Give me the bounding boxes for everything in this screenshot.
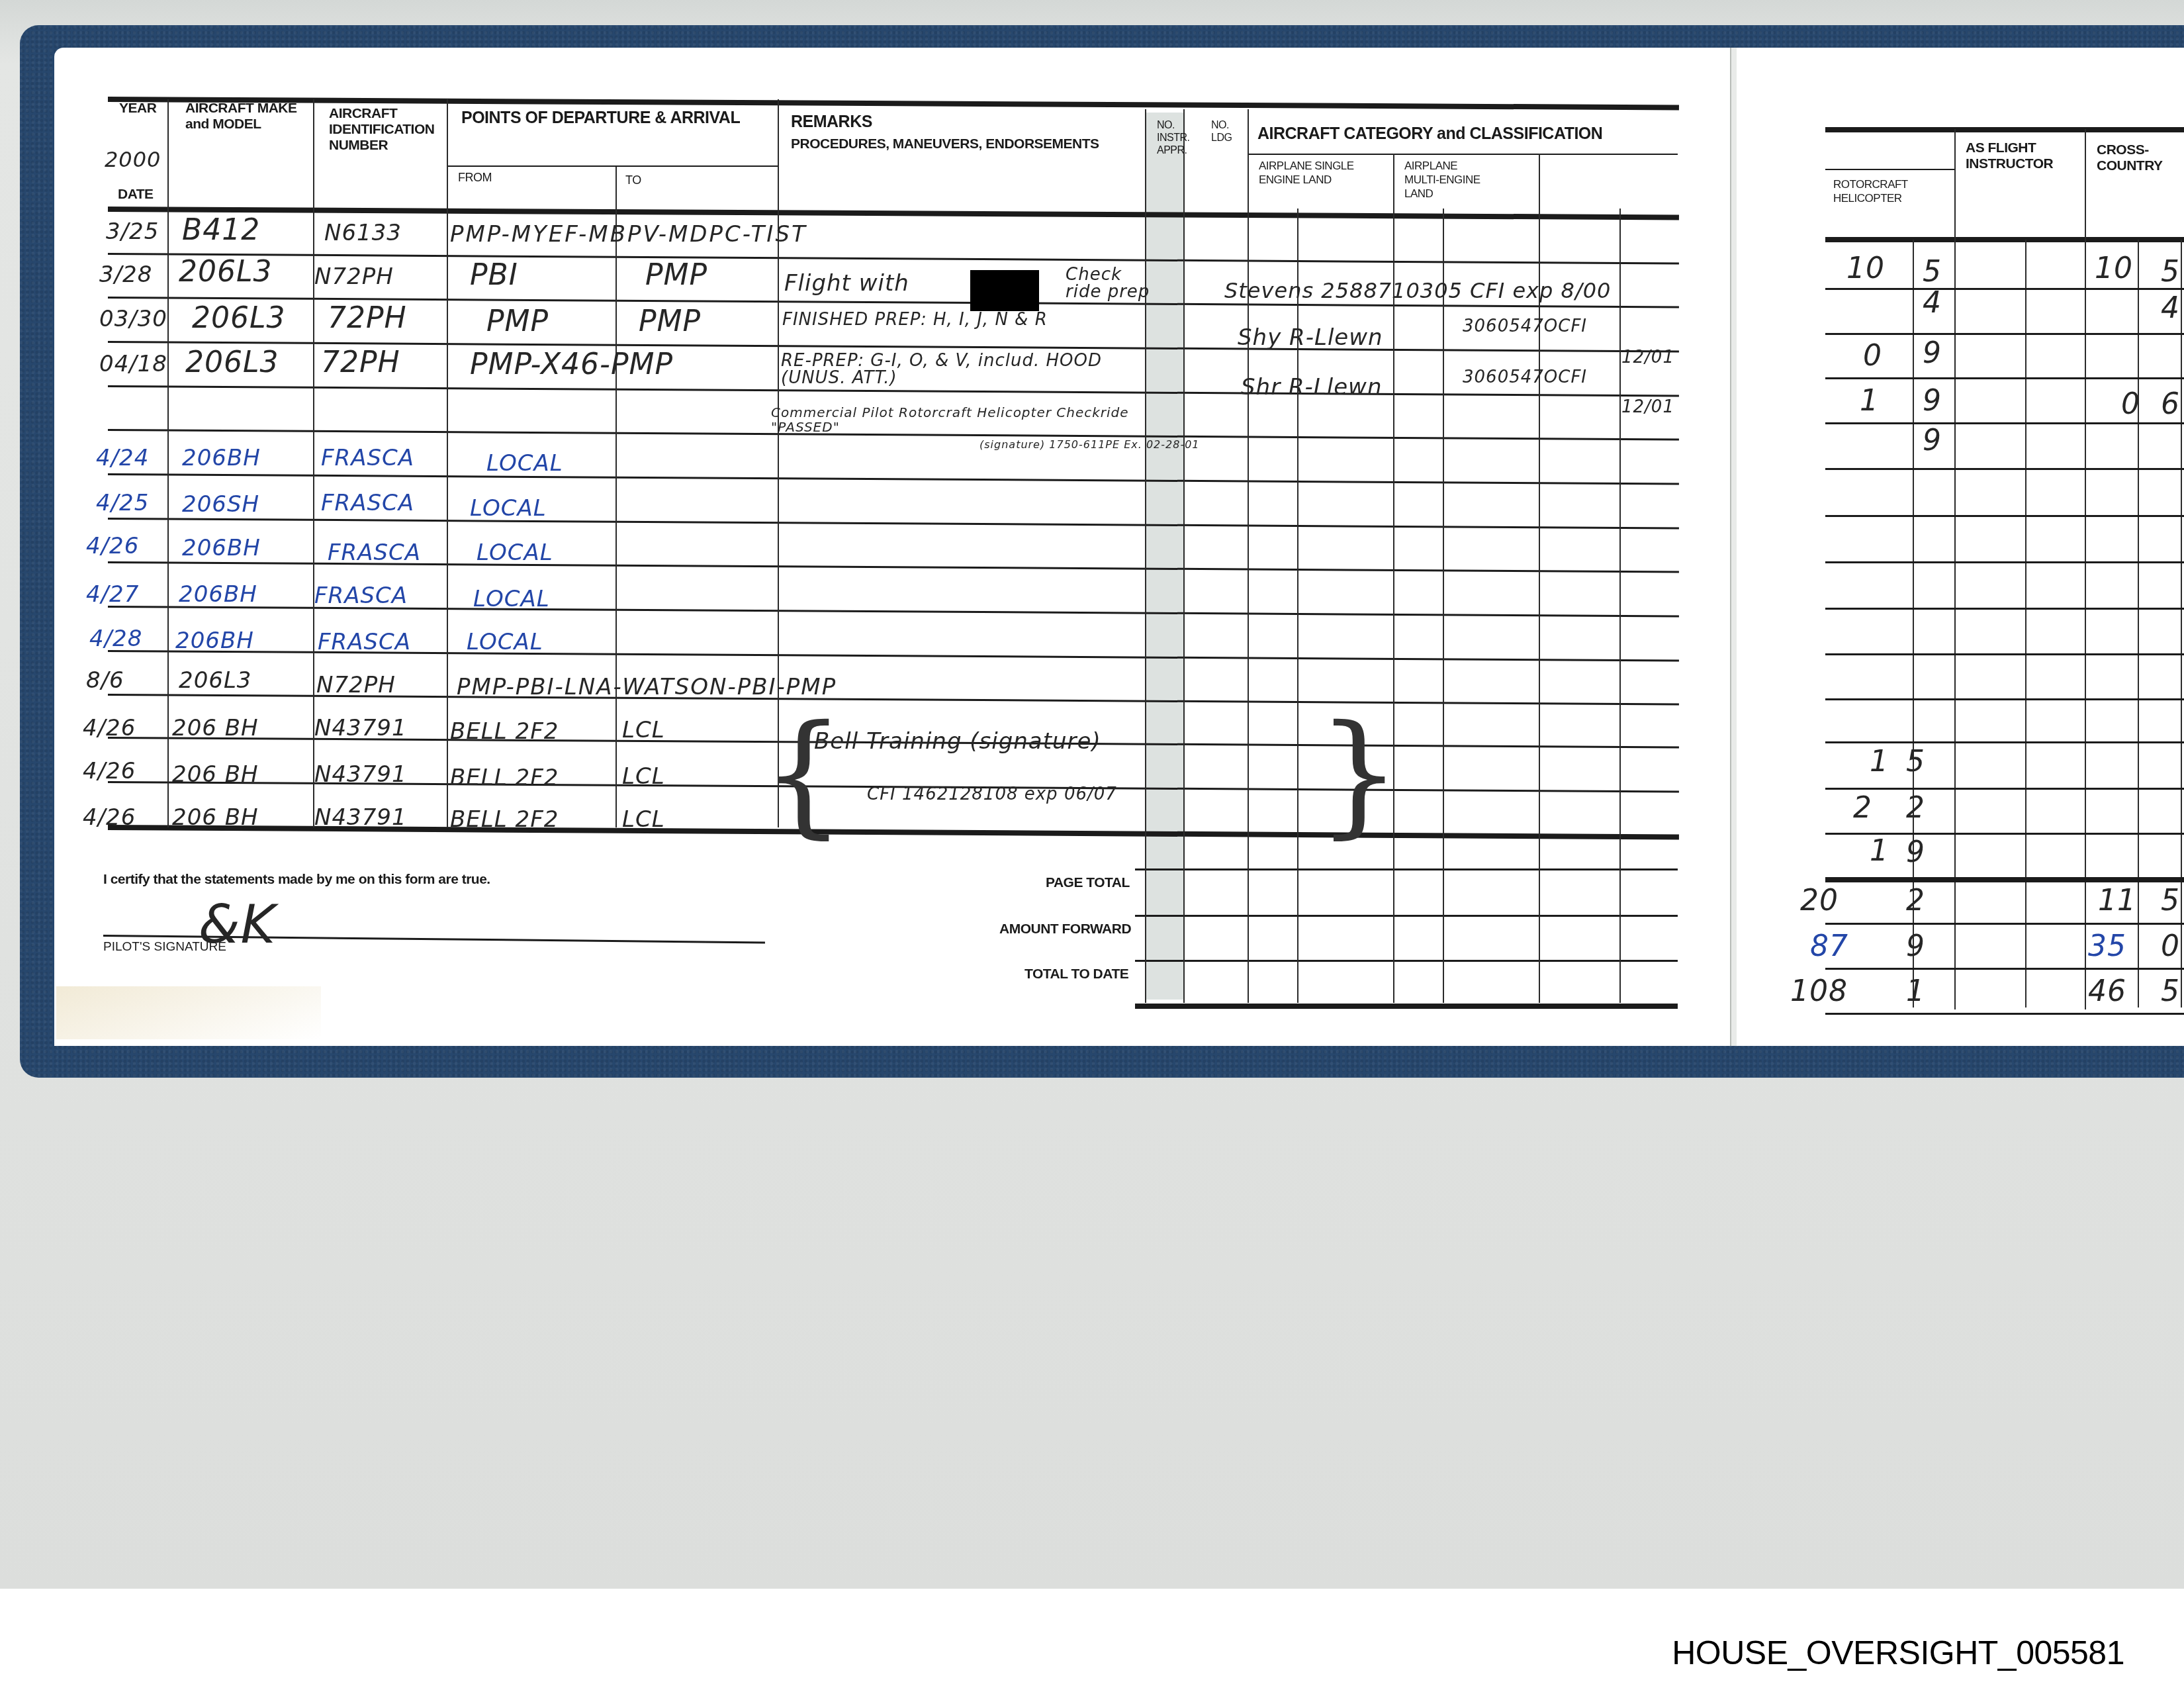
entry-to: LCL [622, 806, 665, 833]
heli-total-to-date-hrs: 108 [1790, 974, 1848, 1008]
col-rule-date [167, 99, 169, 827]
entry-model: 206SH [182, 491, 259, 518]
heli-tenths: 2 [1906, 791, 1925, 825]
bracket-right: } [1317, 708, 1401, 841]
redaction-box [970, 270, 1039, 311]
entry-ident: FRASCA [328, 539, 421, 566]
entry-ident: FRASCA [314, 583, 408, 609]
xc-page-total-hrs: 11 [2098, 884, 2136, 917]
header-remarks-sub: PROCEDURES, MANEUVERS, ENDORSEMENTS [791, 136, 1099, 152]
right-header-bottom-rule [1825, 237, 2184, 242]
totals-rule [1135, 915, 1678, 917]
header-rotorcraft: ROTORCRAFT HELICOPTER [1833, 177, 1939, 205]
checkride-passed-note: Commercial Pilot Rotorcraft Helicopter C… [771, 405, 1161, 434]
right-row-rule [1825, 653, 2184, 655]
right-row-rule [1825, 923, 2184, 925]
entry-date: 4/24 [96, 445, 149, 471]
entry-model: 206 BH [172, 804, 259, 831]
endorsement-exp-2: 12/01 [1621, 348, 1674, 367]
entry-from: LOCAL [470, 495, 547, 522]
right-row-rule [1825, 333, 2184, 335]
bell-training-note: Bell Training (signature) [814, 728, 1101, 755]
right-row-rule [1825, 288, 2184, 290]
heli-tenths: 9 [1906, 835, 1925, 869]
entry-model: 206BH [179, 581, 257, 608]
entry-remarks-cont: Checkride prep [1066, 266, 1150, 301]
header-amel: AIRPLANE MULTI-ENGINE LAND [1404, 159, 1490, 201]
header-to: TO [625, 173, 641, 187]
xc-tenths: 5 [2161, 255, 2180, 289]
pilot-signature: &K [199, 894, 276, 955]
heli-page-total-tenths: 2 [1906, 884, 1925, 917]
xc-total-to-date-tenths: 5 [2161, 974, 2180, 1008]
col-rule-ldg [1183, 109, 1185, 1003]
entry-date: 4/27 [86, 581, 139, 608]
heli-hrs: 2 [1853, 791, 1872, 825]
right-row-rule [1825, 877, 2184, 882]
heli-hrs: 1 [1870, 834, 1889, 868]
entry-ident: N43791 [314, 715, 407, 741]
right-row-rule [1825, 788, 2184, 790]
entry-ident: FRASCA [321, 490, 414, 516]
right-row-rule [1825, 741, 2184, 743]
entry-model: 206BH [175, 628, 254, 654]
entry-date: 04/18 [99, 351, 167, 377]
entry-date: 03/30 [99, 306, 167, 332]
col-rule-from [615, 167, 617, 827]
xc-hrs: 10 [2095, 252, 2133, 285]
totals-bottom-rule [1135, 1004, 1678, 1009]
entry-from: BELL 2F2 [450, 806, 559, 833]
col-rule-amel-tenths [1443, 209, 1444, 1003]
endorsement-cert-2: 3060547OCFI [1463, 316, 1587, 336]
entry-ident: N43791 [314, 804, 407, 831]
entry-ident: N6133 [324, 220, 402, 246]
category-subheader-rule [1248, 154, 1678, 155]
endorsement-signature-2: Shy R-Llewn [1238, 324, 1383, 351]
header-ident: AIRCRAFT IDENTIFICATION NUMBER [329, 106, 441, 154]
xc-total-to-date-hrs: 46 [2088, 974, 2126, 1008]
entry-ident: 72PH [321, 346, 400, 379]
entry-from: LOCAL [477, 539, 553, 566]
entry-ident: N43791 [314, 761, 407, 788]
bates-number: HOUSE_OVERSIGHT_005581 [1672, 1634, 2124, 1672]
entry-date: 4/26 [86, 533, 139, 559]
heli-tenths: 9 [1923, 336, 1942, 370]
header-category: AIRCRAFT CATEGORY and CLASSIFICATION [1257, 124, 1602, 143]
year-value: 2000 [105, 147, 161, 172]
entry-date: 4/26 [83, 715, 136, 741]
endorsement-cert-3: 3060547OCFI [1463, 367, 1587, 387]
header-from: FROM [458, 171, 492, 185]
heli-total-to-date-tenths: 1 [1906, 974, 1925, 1008]
heli-tenths: 4 [1923, 286, 1942, 320]
heli-forward-hrs: 87 [1810, 929, 1848, 963]
points-subheader-rule [447, 165, 778, 167]
xc-tenths: 4 [2161, 291, 2180, 325]
entry-from: BELL 2F2 [450, 765, 559, 791]
entry-route: PMP-MYEF-MBPV-MDPC-TIST [450, 221, 807, 248]
entry-from: PMP [486, 305, 549, 338]
right-col-rule [2025, 240, 2026, 1008]
entry-date: 4/26 [83, 804, 136, 831]
entry-ident: FRASCA [318, 629, 411, 655]
entry-to: PMP [639, 305, 701, 338]
header-flight-instructor: AS FLIGHT INSTRUCTOR [1966, 140, 2071, 172]
entry-remarks: Flight with [784, 270, 909, 297]
total-to-date-label: TOTAL TO DATE [1024, 966, 1128, 982]
entry-remarks: FINISHED PREP: H, I, J, N & R [782, 311, 1153, 328]
entry-from: LOCAL [467, 629, 543, 655]
right-row-rule [1825, 608, 2184, 610]
entry-from: PBI [470, 258, 518, 292]
xc-forward-hrs: 35 [2088, 929, 2126, 963]
right-row-rule [1825, 698, 2184, 700]
entry-ident: FRASCA [321, 445, 414, 471]
entry-model: 206BH [182, 445, 261, 471]
right-row-rule [1825, 515, 2184, 517]
examiner-note: (signature) 1750-611PE Ex. 02-28-01 [979, 438, 1200, 451]
entry-model: 206BH [182, 535, 261, 561]
entry-to: LCL [622, 717, 665, 743]
header-date: DATE [118, 187, 154, 203]
instr-appr-shaded-column [1145, 113, 1183, 1000]
right-row-rule [1825, 561, 2184, 563]
heli-tenths: 9 [1923, 424, 1942, 457]
header-asel: AIRPLANE SINGLE ENGINE LAND [1259, 159, 1358, 187]
bell-cfi-note: CFI 1462128108 exp 06/07 [867, 784, 1117, 804]
xc-page-total-tenths: 5 [2161, 884, 2180, 917]
entry-model: 206 BH [172, 715, 259, 741]
col-rule-ident [447, 99, 448, 827]
entry-ident: N72PH [316, 672, 396, 698]
entry-model: B412 [182, 213, 260, 247]
right-col-rule [2181, 240, 2182, 1008]
entry-model: 206L3 [192, 301, 286, 335]
right-row-rule [1825, 968, 2184, 970]
right-row-rule [1825, 468, 2184, 470]
entry-model: 206L3 [185, 346, 279, 379]
entry-date: 4/25 [96, 490, 149, 516]
page-total-label: PAGE TOTAL [1046, 875, 1130, 891]
right-col-rule [2138, 240, 2139, 1008]
entry-ident: 72PH [328, 301, 407, 335]
heli-hrs: 10 [1846, 252, 1885, 285]
heli-page-total-hrs: 20 [1800, 884, 1839, 917]
header-cross-country: CROSS-COUNTRY [2097, 142, 2183, 174]
certification-statement: I certify that the statements made by me… [103, 872, 490, 888]
entry-from: LOCAL [486, 450, 563, 477]
header-year: YEAR [119, 101, 156, 117]
header-make-model: AIRCRAFT MAKE and MODEL [185, 101, 301, 132]
header-instr-appr: NO. INSTR. APPR. [1157, 119, 1183, 157]
right-row-rule [1825, 1013, 2184, 1015]
entry-model: 206L3 [179, 667, 251, 694]
totals-rule [1135, 960, 1678, 962]
entry-date: 3/28 [99, 261, 152, 288]
entry-ident: N72PH [314, 263, 394, 290]
right-row-rule [1825, 422, 2184, 424]
header-remarks: REMARKS [791, 113, 872, 131]
entry-from: BELL 2F2 [450, 718, 559, 745]
entry-date: 4/26 [83, 758, 136, 784]
endorsement-signature-3: Shr R-Llewn [1241, 374, 1382, 400]
heli-tenths: 5 [1923, 255, 1942, 289]
right-row-rule [1825, 377, 2184, 379]
entry-remarks: RE-PREP: G-I, O, & V, includ. HOOD (UNUS… [781, 352, 1152, 387]
xc-tenths: 6 [2161, 387, 2180, 421]
header-ldg: NO. LDG [1211, 119, 1238, 144]
entry-model: 206 BH [172, 761, 259, 788]
col-rule-instr [1145, 109, 1146, 1003]
page-stain [56, 986, 321, 1039]
entry-from: LOCAL [473, 586, 550, 612]
heli-tenths: 9 [1923, 384, 1942, 418]
heli-forward-tenths: 9 [1906, 929, 1925, 963]
heli-tenths: 5 [1906, 745, 1925, 778]
heli-hrs: 1 [1860, 384, 1879, 418]
entry-date: 3/25 [106, 218, 159, 245]
right-header-top-rule [1825, 127, 2184, 132]
entry-route: PMP-PBI-LNA-WATSON-PBI-PMP [457, 674, 837, 700]
col-rule-asel [1248, 109, 1249, 1003]
right-subheader-rule [1825, 169, 1954, 170]
entry-to: LCL [622, 763, 665, 790]
heli-hrs: 1 [1870, 745, 1889, 778]
entry-to: PMP [645, 258, 707, 292]
xc-forward-tenths: 0 [2161, 929, 2180, 963]
entry-date: 8/6 [86, 667, 124, 694]
xc-hrs: 0 [2121, 387, 2140, 421]
heli-hrs: 0 [1863, 339, 1882, 373]
endorsement-stevens: Stevens 2588710305 CFI exp 8/00 [1224, 278, 1611, 303]
entry-route: PMP-X46-PMP [470, 348, 673, 381]
entry-date: 4/28 [89, 626, 142, 652]
totals-rule [1135, 868, 1678, 870]
header-points: POINTS OF DEPARTURE & ARRIVAL [461, 109, 740, 127]
entry-model: 206L3 [179, 255, 273, 289]
amount-forward-label: AMOUNT FORWARD [999, 921, 1131, 937]
col-rule-next-tenths [1619, 209, 1621, 1003]
endorsement-exp-3: 12/01 [1621, 397, 1674, 417]
